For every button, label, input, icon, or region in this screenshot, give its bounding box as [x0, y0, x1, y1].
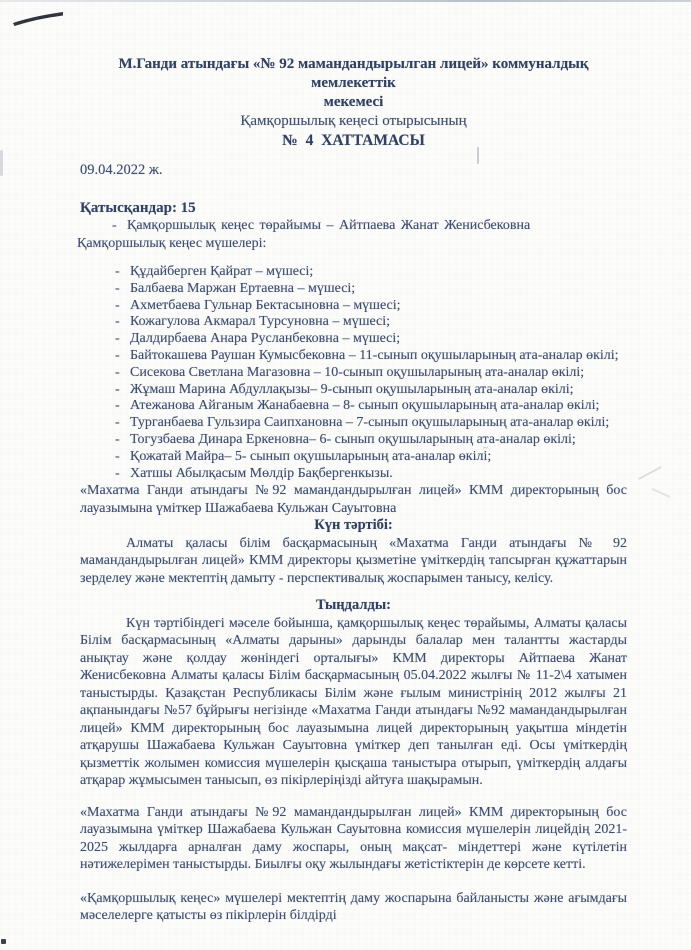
member-text: Құдайберген Қайрат – мүшесі; — [130, 264, 313, 279]
org-title-line1: М.Ганди атындағы «№ 92 мамандандырылган … — [80, 55, 627, 93]
list-item: -Атежанова Айганым Жанабаевна – 8- сынып… — [80, 398, 627, 415]
document-header: М.Ганди атындағы «№ 92 мамандандырылган … — [80, 55, 627, 150]
member-text: Сисекова Светлана Магазовна – 10-сынып о… — [130, 365, 584, 380]
heard-heading: Тыңдалды: — [80, 597, 627, 615]
dash-bullet: - — [112, 217, 127, 235]
agenda-heading: Күн тәртібі: — [80, 517, 627, 535]
scan-artifact-smudge — [638, 466, 662, 480]
scan-artifact-top-edge — [0, 0, 691, 2]
member-text: Хатшы Абылқасым Мөлдір Бақбергенкызы. — [130, 466, 393, 481]
scan-artifact-pen-stroke — [10, 8, 70, 30]
development-plan-paragraph: «Махатма Ганди атындағы №92 мамандандыры… — [80, 804, 627, 874]
chairperson-text: Қамқоршылық кеңес төрайымы – Айтпаева Жа… — [127, 218, 530, 233]
list-item: -Тогузбаева Динара Еркеновна– 6- сынып о… — [80, 432, 627, 449]
list-item: -Байтокашева Раушан Кумысбековна – 11-сы… — [80, 348, 627, 365]
list-item: -Хатшы Абылқасым Мөлдір Бақбергенкызы. — [80, 466, 627, 483]
attendees-heading: Қатысқандар: 15 — [80, 200, 627, 218]
member-text: Атежанова Айганым Жанабаевна – 8- сынып … — [130, 398, 599, 413]
list-item: -Турганбаева Гульзира Саипхановна – 7-сы… — [80, 415, 627, 432]
member-text: Тогузбаева Динара Еркеновна– 6- сынып оқ… — [130, 432, 576, 447]
dash-bullet: - — [115, 331, 130, 348]
scan-artifact-tick — [477, 147, 479, 164]
scan-artifact-smudge — [651, 488, 670, 498]
scan-artifact-squiggle: ~ — [482, 443, 489, 455]
agenda-paragraph: Алматы қаласы білім басқармасының «Махат… — [80, 535, 627, 588]
dash-bullet: - — [115, 281, 130, 298]
dash-bullet: - — [115, 382, 130, 399]
heard-paragraph: Күн тәртібіндегі мәселе бойынша, қамқорш… — [80, 615, 627, 790]
members-heading: Қамқоршылық кеңес мүшелері: — [77, 235, 627, 253]
list-item: -Сисекова Светлана Магазовна – 10-сынып … — [80, 365, 627, 382]
council-subtitle: Қамқоршылық кеңесі отырысының — [80, 112, 627, 131]
dash-bullet: - — [115, 449, 130, 466]
document-date: 09.04.2022 ж. — [80, 162, 627, 180]
scanned-protocol-page: ~ М.Ганди атындағы «№ 92 мамандандырылга… — [0, 0, 691, 950]
org-title-line2: мекемесі — [80, 93, 627, 112]
members-list: -Құдайберген Қайрат – мүшесі; -Балбаева … — [80, 264, 627, 482]
dash-bullet: - — [115, 298, 130, 315]
member-text: Қожатай Майра– 5- сынып оқушыларының ата… — [130, 449, 491, 464]
chairperson-line: -Қамқоршылық кеңес төрайымы – Айтпаева Ж… — [80, 217, 627, 235]
list-item: -Жұмаш Марина Абдуллақызы– 9-сынып оқушы… — [80, 382, 627, 399]
dash-bullet: - — [115, 365, 130, 382]
list-item: -Құдайберген Қайрат – мүшесі; — [80, 264, 627, 281]
dash-bullet: - — [115, 432, 130, 449]
member-text: Ахметбаева Гульнар Бектасыновна – мүшесі… — [130, 298, 401, 313]
member-text: Жұмаш Марина Абдуллақызы– 9-сынып оқушыл… — [130, 382, 574, 397]
scan-artifact-smudge — [0, 150, 3, 176]
dash-bullet: - — [115, 415, 130, 432]
list-item: -Кожагулова Акмарал Турсуновна – мүшесі; — [80, 314, 627, 331]
member-text: Далдирбаева Анара Русланбековна – мүшесі… — [130, 331, 400, 346]
dash-bullet: - — [115, 348, 130, 365]
member-text: Байтокашева Раушан Кумысбековна – 11-сын… — [130, 348, 619, 363]
candidate-paragraph: «Махатма Ганди атындағы №92 мамандандыры… — [80, 482, 627, 517]
member-text: Турганбаева Гульзира Саипхановна – 7-сын… — [130, 415, 609, 430]
dash-bullet: - — [115, 466, 130, 483]
dash-bullet: - — [115, 398, 130, 415]
member-text: Кожагулова Акмарал Турсуновна – мүшесі; — [130, 314, 390, 329]
dash-bullet: - — [115, 314, 130, 331]
member-text: Балбаева Маржан Ертаевна – мүшесі; — [130, 281, 355, 296]
list-item: -Балбаева Маржан Ертаевна – мүшесі; — [80, 281, 627, 298]
list-item: -Ахметбаева Гульнар Бектасыновна – мүшес… — [80, 298, 627, 315]
list-item: -Қожатай Майра– 5- сынып оқушыларының ат… — [80, 449, 627, 466]
dash-bullet: - — [115, 264, 130, 281]
list-item: -Далдирбаева Анара Русланбековна – мүшес… — [80, 331, 627, 348]
protocol-number: № 4 ХАТТАМАСЫ — [80, 131, 627, 150]
scan-artifact-speck — [1, 939, 6, 944]
opinions-paragraph: «Қамқоршылық кеңес» мүшелері мектептің д… — [80, 890, 627, 925]
